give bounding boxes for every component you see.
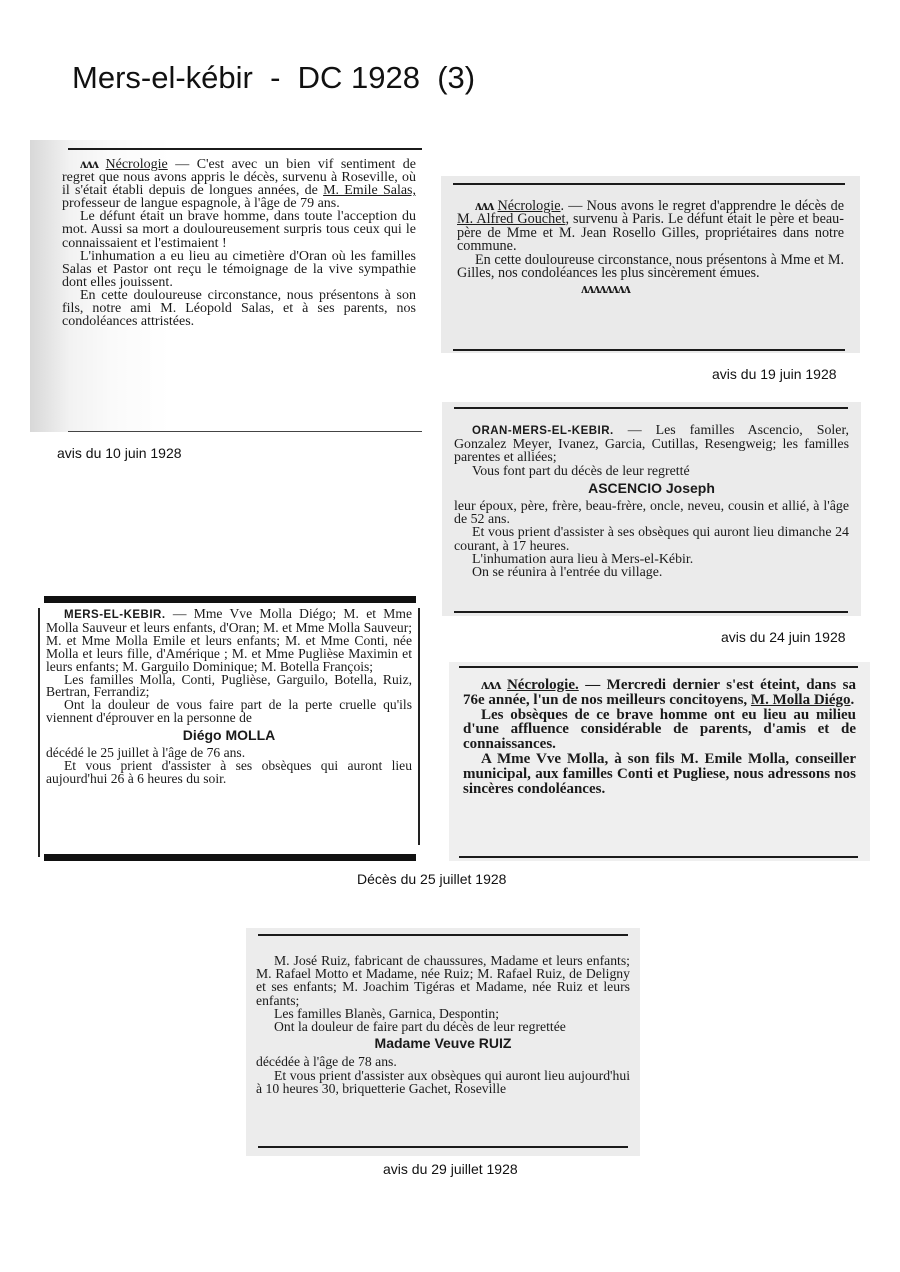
deceased-name: Diégo MOLLA bbox=[46, 729, 412, 742]
caption-ruiz: avis du 29 juillet 1928 bbox=[383, 1161, 518, 1177]
paragraph: A Mme Vve Molla, à son fils M. Emile Mol… bbox=[463, 752, 856, 796]
paragraph: Ont la douleur de faire part du décès de… bbox=[256, 1020, 630, 1033]
caption-molla: Décès du 25 juillet 1928 bbox=[357, 871, 506, 887]
deceased-name: ASCENCIO Joseph bbox=[454, 482, 849, 495]
divider bbox=[68, 148, 422, 150]
border-line bbox=[418, 608, 420, 845]
end-ornament-icon: ʌʌʌʌʌʌʌʌ bbox=[457, 283, 844, 296]
clipping-ruiz: M. José Ruiz, fabricant de chaussures, M… bbox=[246, 928, 640, 1156]
divider bbox=[459, 856, 858, 858]
clipping-molla-notice: MERS-EL-KEBIR. — Mme Vve Molla Diégo; M.… bbox=[38, 596, 420, 861]
clipping-body: ORAN-MERS-EL-KEBIR. — Les familles Ascen… bbox=[454, 424, 849, 579]
paragraph: Et vous prient d'assister aux obsèques q… bbox=[256, 1069, 630, 1095]
paragraph: Ont la douleur de vous faire part de la … bbox=[46, 699, 412, 725]
paragraph: En cette douloureuse circonstance, nous … bbox=[62, 289, 416, 328]
paragraph: M. José Ruiz, fabricant de chaussures, M… bbox=[256, 954, 630, 1007]
paragraph: Vous font part du décès de leur regretté bbox=[454, 465, 849, 478]
wavy-ornament-icon: ʌʌʌ bbox=[481, 677, 501, 693]
paragraph: Et vous prient d'assister à ses obsèques… bbox=[46, 760, 412, 786]
clipping-body: ʌʌʌ Nécrologie — C'est avec un bien vif … bbox=[62, 158, 416, 328]
paragraph: Le défunt était un brave homme, dans tou… bbox=[62, 210, 416, 249]
clipping-salas: ʌʌʌ Nécrologie — C'est avec un bien vif … bbox=[30, 140, 422, 432]
caption-ascencio: avis du 24 juin 1928 bbox=[721, 629, 846, 645]
paragraph: leur époux, père, frère, beau-frère, onc… bbox=[454, 500, 849, 526]
page-title: Mers-el-kébir - DC 1928 (3) bbox=[72, 60, 475, 96]
divider bbox=[258, 1146, 628, 1148]
paragraph: décédée à l'âge de 78 ans. bbox=[256, 1055, 630, 1068]
clipping-body: ʌʌʌ Nécrologie. — Mercredi dernier s'est… bbox=[463, 678, 856, 796]
divider bbox=[454, 407, 848, 409]
heading: ORAN-MERS-EL-KEBIR. bbox=[472, 425, 614, 437]
clipping-gouchet: ʌʌʌ Nécrologie. — Nous avons le regret d… bbox=[441, 176, 860, 353]
divider bbox=[44, 596, 416, 603]
deceased-name: Madame Veuve RUIZ bbox=[256, 1037, 630, 1050]
heading: Nécrologie. bbox=[507, 677, 579, 693]
caption-salas: avis du 10 juin 1928 bbox=[57, 445, 182, 461]
divider bbox=[258, 934, 628, 936]
border-line bbox=[38, 608, 40, 857]
paragraph: Et vous prient d'assister à ses obsèques… bbox=[454, 526, 849, 552]
clipping-body: ʌʌʌ Nécrologie. — Nous avons le regret d… bbox=[457, 200, 844, 297]
clipping-body: MERS-EL-KEBIR. — Mme Vve Molla Diégo; M.… bbox=[46, 608, 412, 786]
divider bbox=[68, 431, 422, 433]
deceased-name: M. Molla Diégo bbox=[751, 692, 851, 708]
divider bbox=[453, 183, 845, 185]
caption-gouchet: avis du 19 juin 1928 bbox=[712, 366, 837, 382]
text: . bbox=[850, 692, 854, 708]
divider bbox=[454, 611, 848, 613]
clipping-ascencio: ORAN-MERS-EL-KEBIR. — Les familles Ascen… bbox=[442, 402, 861, 616]
divider bbox=[459, 666, 858, 668]
paragraph: Les familles Molla, Conti, Puglièse, Gar… bbox=[46, 674, 412, 700]
clipping-body: M. José Ruiz, fabricant de chaussures, M… bbox=[256, 954, 630, 1095]
paragraph: L'inhumation a eu lieu au cimetière d'Or… bbox=[62, 250, 416, 289]
divider bbox=[453, 349, 845, 351]
paragraph: En cette douloureuse circonstance, nous … bbox=[457, 254, 844, 281]
paragraph: On se réunira à l'entrée du village. bbox=[454, 566, 849, 579]
paragraph: Les obsèques de ce brave homme ont eu li… bbox=[463, 708, 856, 752]
clipping-molla-necrology: ʌʌʌ Nécrologie. — Mercredi dernier s'est… bbox=[449, 662, 870, 861]
divider bbox=[44, 854, 416, 861]
